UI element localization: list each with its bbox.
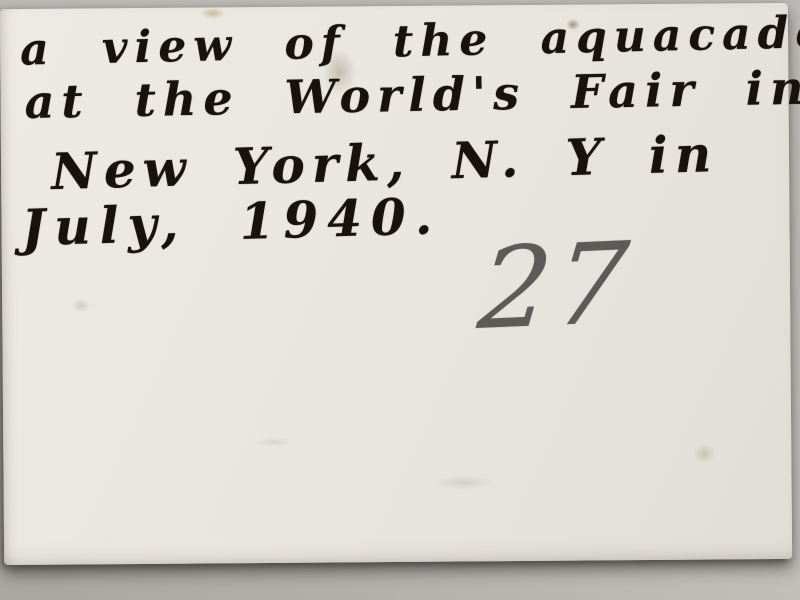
gray-backdrop: a view of the aquacade at the World's Fa… — [0, 0, 800, 600]
age-stain — [434, 475, 494, 489]
age-stain — [72, 298, 90, 312]
age-stain — [693, 443, 715, 463]
pencil-number: 27 — [474, 228, 636, 346]
inscription-line-2: at the World's Fair in — [24, 65, 800, 125]
inscription-line-4: July, 1940. — [21, 191, 442, 253]
photo-card-back: a view of the aquacade at the World's Fa… — [0, 3, 792, 565]
age-stain — [253, 437, 293, 447]
age-stain — [200, 7, 226, 19]
